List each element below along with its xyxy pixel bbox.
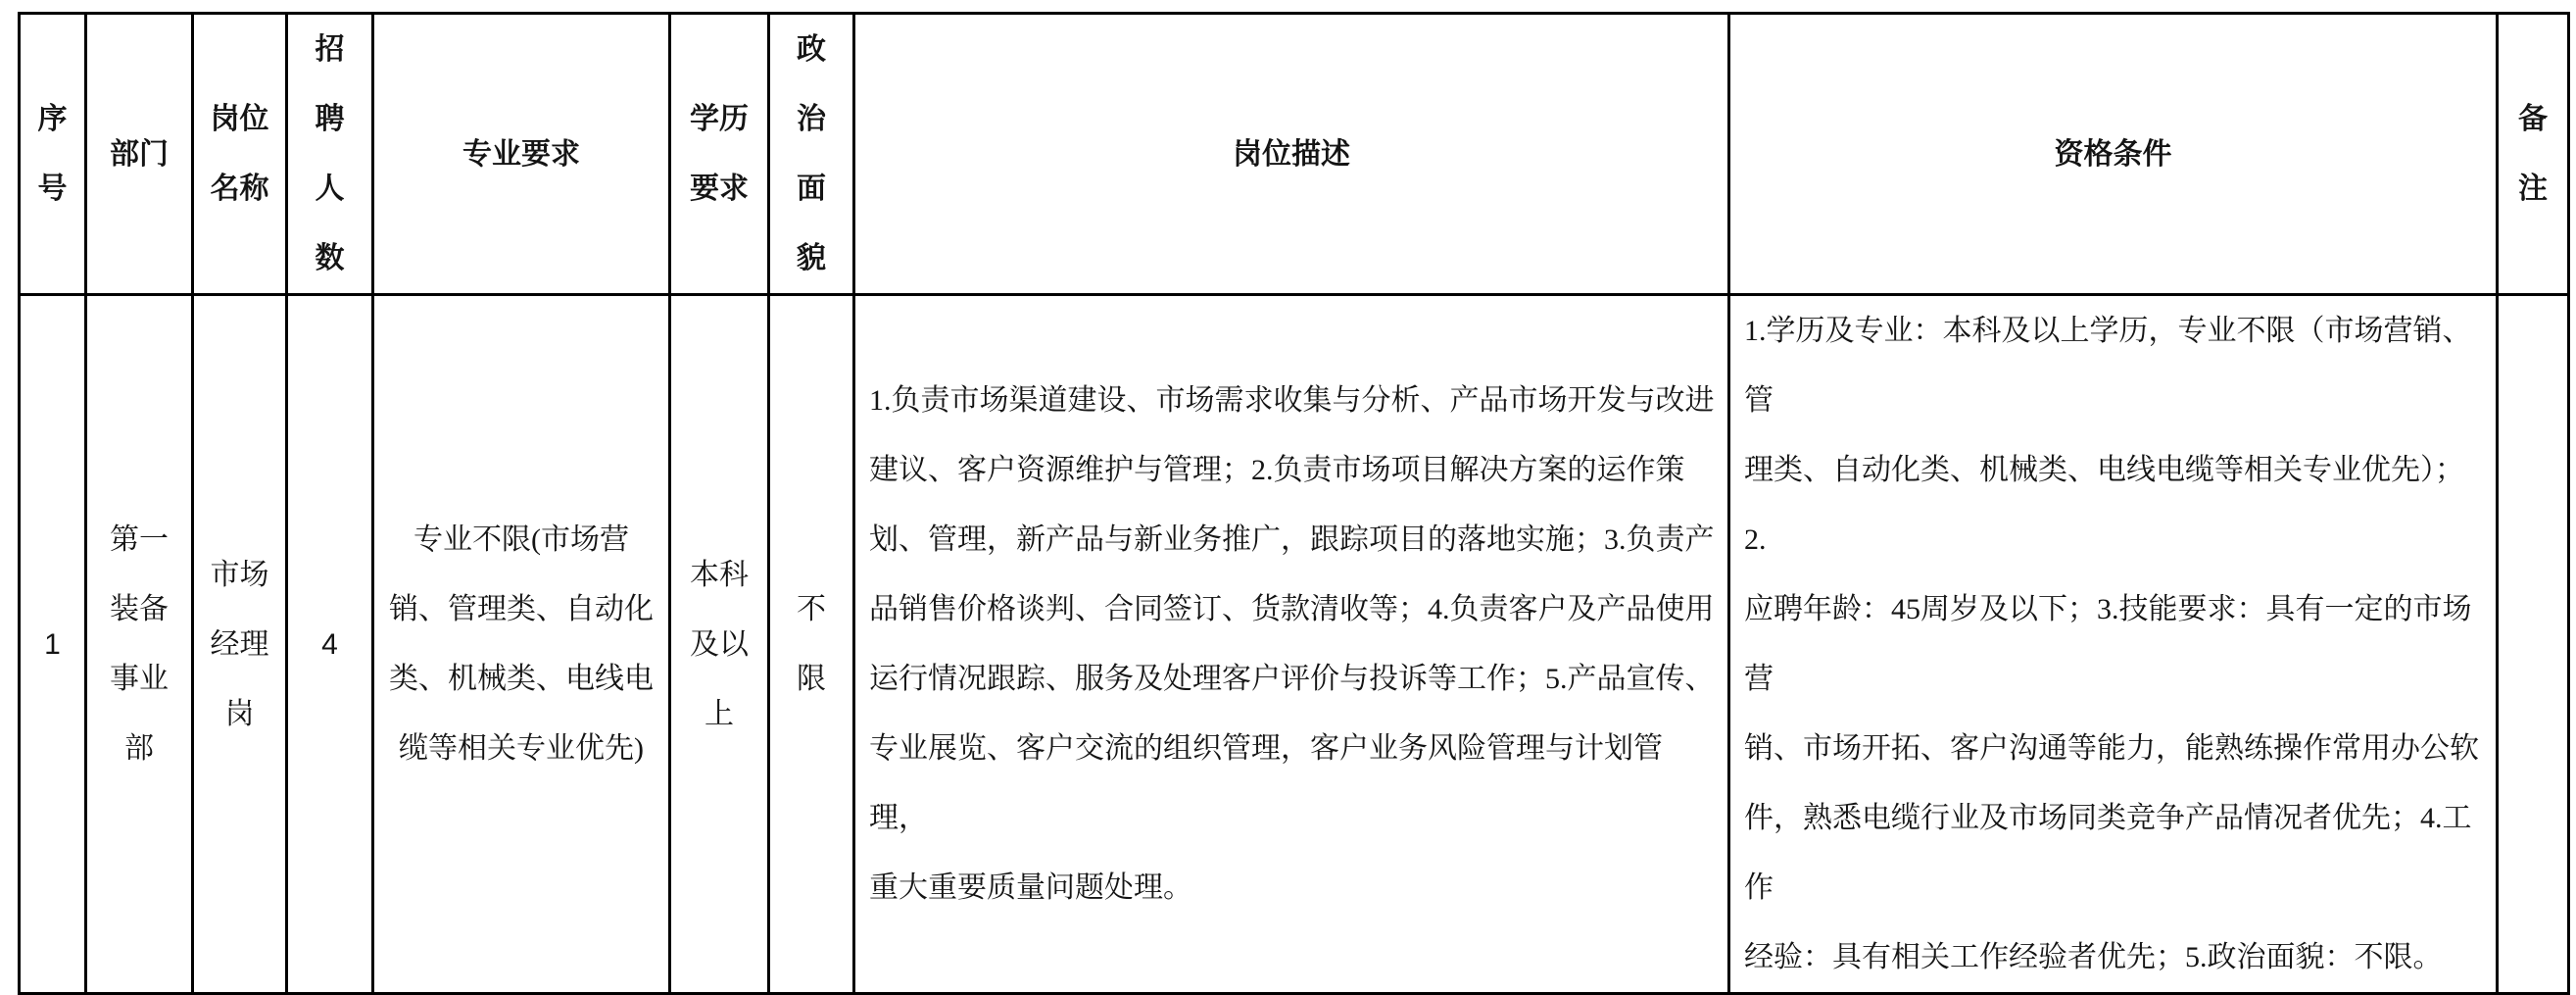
cell-political-status: 不 限 [769, 295, 854, 994]
header-major-requirement: 专业要求 [373, 14, 670, 295]
header-seq: 序 号 [20, 14, 86, 295]
cell-headcount: 4 [287, 295, 373, 994]
cell-major-requirement: 专业不限(市场营 销、管理类、自动化 类、机械类、电线电 缆等相关专业优先) [373, 295, 670, 994]
header-remark: 备 注 [2498, 14, 2569, 295]
cell-qualifications: 1.学历及专业：本科及以上学历，专业不限（市场营销、管 理类、自动化类、机械类、… [1729, 295, 2498, 994]
recruitment-table: 序 号 部门 岗位 名称 招 聘 人 数 专业要求 学历 要求 政 治 面 貌 … [18, 12, 2570, 995]
cell-position-name: 市场 经理 岗 [193, 295, 287, 994]
cell-education-requirement: 本科 及以 上 [670, 295, 769, 994]
header-education-requirement: 学历 要求 [670, 14, 769, 295]
cell-department: 第一 装备 事业 部 [86, 295, 193, 994]
cell-job-description: 1.负责市场渠道建设、市场需求收集与分析、产品市场开发与改进 建议、客户资源维护… [854, 295, 1729, 994]
header-political-status: 政 治 面 貌 [769, 14, 854, 295]
recruitment-table-sheet: 序 号 部门 岗位 名称 招 聘 人 数 专业要求 学历 要求 政 治 面 貌 … [18, 12, 2570, 995]
header-qualifications: 资格条件 [1729, 14, 2498, 295]
cell-seq: 1 [20, 295, 86, 994]
cell-remark [2498, 295, 2569, 994]
table-row: 1 第一 装备 事业 部 市场 经理 岗 4 专业不限(市场营 销、管理类、自动… [20, 295, 2569, 994]
header-department: 部门 [86, 14, 193, 295]
header-headcount: 招 聘 人 数 [287, 14, 373, 295]
table-header-row: 序 号 部门 岗位 名称 招 聘 人 数 专业要求 学历 要求 政 治 面 貌 … [20, 14, 2569, 295]
header-position-name: 岗位 名称 [193, 14, 287, 295]
header-job-description: 岗位描述 [854, 14, 1729, 295]
